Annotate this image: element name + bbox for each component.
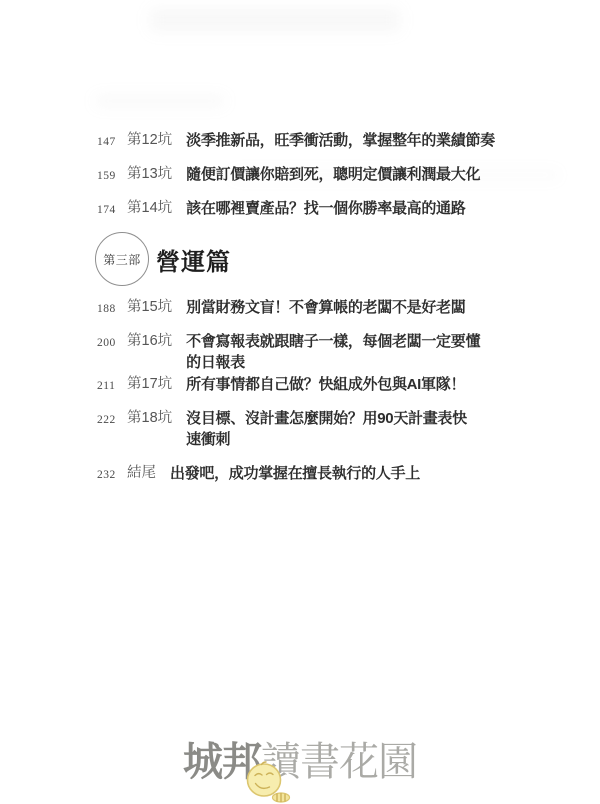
page-number: 232 <box>97 463 127 484</box>
page-number: 159 <box>97 164 127 185</box>
toc-row: 188 第15坑 別當財務文盲！不會算帳的老闆不是好老闆 <box>97 297 580 318</box>
page-number: 147 <box>97 130 127 151</box>
chapter-title: 沒目標、沒計畫怎麼開始？用90天計畫表快速衝刺 <box>186 408 467 450</box>
page-number: 211 <box>97 374 127 395</box>
chapter-label: 第13坑 <box>127 164 172 185</box>
toc-content: 147 第12坑 淡季推新品，旺季衝活動，掌握整年的業績節奏 159 第13坑 … <box>0 0 600 484</box>
toc-row: 200 第16坑 不會寫報表就跟瞎子一樣，每個老闆一定要懂的日報表 <box>97 331 580 373</box>
page-number: 200 <box>97 331 127 352</box>
section-title: 營運篇 <box>156 242 231 277</box>
page-number: 222 <box>97 408 127 429</box>
chapter-title: 淡季推新品，旺季衝活動，掌握整年的業績節奏 <box>186 130 495 151</box>
toc-row: 174 第14坑 該在哪裡賣產品？找一個你勝率最高的通路 <box>97 198 580 219</box>
page-number: 174 <box>97 198 127 219</box>
chapter-label: 結尾 <box>127 463 156 484</box>
part-number-label: 第三部 <box>103 251 141 268</box>
section-header: 第三部 營運篇 <box>95 232 580 286</box>
chapter-label: 第17坑 <box>127 374 172 395</box>
page-number: 188 <box>97 297 127 318</box>
toc-row: 211 第17坑 所有事情都自己做？快組成外包與AI軍隊！ <box>97 374 580 395</box>
chapter-title: 別當財務文盲！不會算帳的老闆不是好老闆 <box>186 297 465 318</box>
toc-page: 147 第12坑 淡季推新品，旺季衝活動，掌握整年的業績節奏 159 第13坑 … <box>0 0 600 804</box>
part-number-badge: 第三部 <box>95 232 149 286</box>
toc-row-ending: 232 結尾 出發吧，成功掌握在擅長執行的人手上 <box>97 463 580 484</box>
chapter-title: 隨便訂價讓你賠到死，聰明定價讓利潤最大化 <box>186 164 480 185</box>
chapter-label: 第15坑 <box>127 297 172 318</box>
chapter-label: 第12坑 <box>127 130 172 151</box>
chapter-label: 第14坑 <box>127 198 172 219</box>
chapter-title: 該在哪裡賣產品？找一個你勝率最高的通路 <box>186 198 465 219</box>
publisher-logo: 城邦讀書花園 <box>183 740 417 793</box>
toc-row: 159 第13坑 隨便訂價讓你賠到死，聰明定價讓利潤最大化 <box>97 164 580 185</box>
flower-bud-icon <box>245 761 299 804</box>
chapter-label: 第18坑 <box>127 408 172 429</box>
chapter-title: 所有事情都自己做？快組成外包與AI軍隊！ <box>186 374 465 395</box>
toc-row: 222 第18坑 沒目標、沒計畫怎麼開始？用90天計畫表快速衝刺 <box>97 408 580 450</box>
toc-row: 147 第12坑 淡季推新品，旺季衝活動，掌握整年的業績節奏 <box>97 130 580 151</box>
chapter-label: 第16坑 <box>127 331 172 352</box>
chapter-title: 不會寫報表就跟瞎子一樣，每個老闆一定要懂的日報表 <box>186 331 480 373</box>
chapter-title: 出發吧，成功掌握在擅長執行的人手上 <box>170 463 420 484</box>
